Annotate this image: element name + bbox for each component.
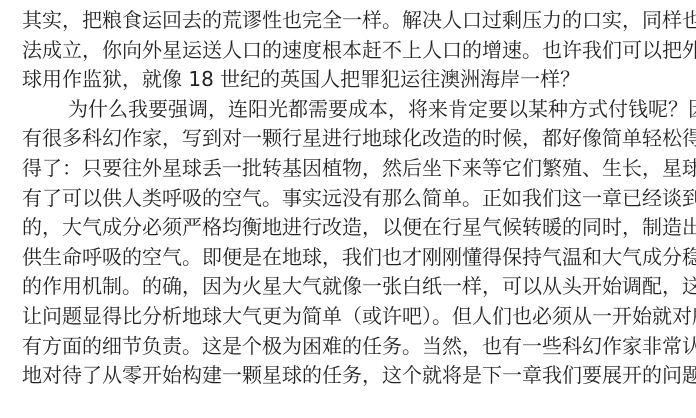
text-line: 其实，把粮食运回去的荒谬性也完全一样。解决人口过剩压力的口实，同样也无 xyxy=(22,6,666,36)
text-line: 得了：只要往外星球丢一批转基因植物，然后坐下来等它们繁殖、生长，星球上就 xyxy=(22,154,666,184)
text-line: 有了可以供人类呼吸的空气。事实远没有那么简单。正如我们这一章已经谈到 xyxy=(22,184,666,214)
paragraph-1: 其实，把粮食运回去的荒谬性也完全一样。解决人口过剩压力的口实，同样也无 法成立，… xyxy=(22,6,666,95)
text-line: 为什么我要强调，连阳光都需要成本，将来肯定要以某种方式付钱呢？因为 xyxy=(22,95,666,125)
text-line: 法成立，你向外星运送人口的速度根本赶不上人口的增速。也许我们可以把外星 xyxy=(22,36,666,66)
text-line: 球用作监狱，就像 18 世纪的英国人把罪犯运往澳洲海岸一样？ xyxy=(22,65,666,95)
paragraph-2: 为什么我要强调，连阳光都需要成本，将来肯定要以某种方式付钱呢？因为 有很多科幻作… xyxy=(22,95,666,391)
text-line: 有方面的细节负责。这是个极为困难的任务。当然，也有一些科幻作家非常认真 xyxy=(22,332,666,362)
text-line: 有很多科幻作家，写到对一颗行星进行地球化改造的时候，都好像简单轻松得不 xyxy=(22,124,666,154)
document-page: 其实，把粮食运回去的荒谬性也完全一样。解决人口过剩压力的口实，同样也无 法成立，… xyxy=(22,6,666,391)
text-line: 地对待了从零开始构建一颗星球的任务，这个就将是下一章我们要展开的问题。 xyxy=(22,361,666,391)
text-line: 让问题显得比分析地球大气更为简单（或许吧）。但人们也必须从一开始就对所 xyxy=(22,302,666,332)
text-line: 的作用机制。的确，因为火星大气就像一张白纸一样，可以从头开始调配，这的确 xyxy=(22,272,666,302)
text-line: 供生命呼吸的空气。即便是在地球，我们也才刚刚懂得保持气温和大气成分稳定 xyxy=(22,243,666,273)
text-line: 的，大气成分必须严格均衡地进行改造，以便在行星气候转暖的同时，制造出可以 xyxy=(22,213,666,243)
